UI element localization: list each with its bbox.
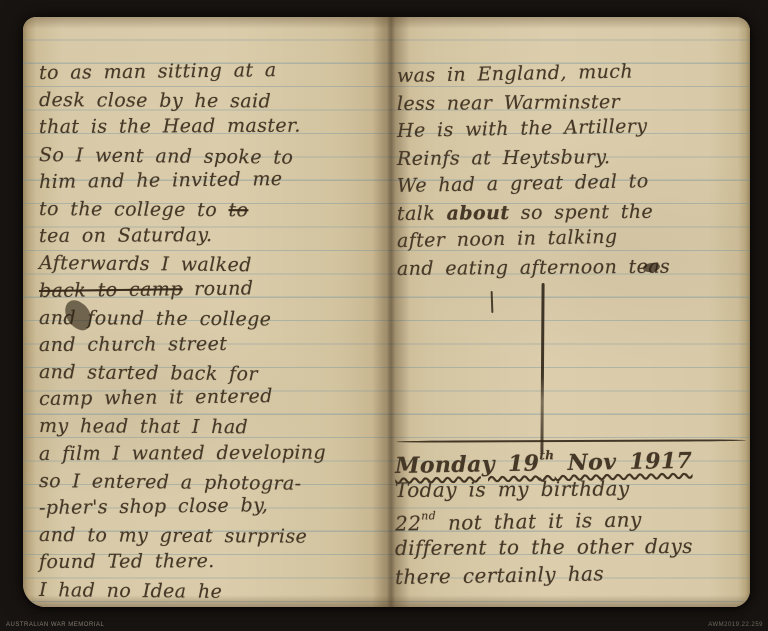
right-page-handwriting: was in England, muchless near Warminster… [397, 63, 745, 283]
diary-notebook: to as man sitting at adesk close by he s… [23, 17, 750, 607]
handwriting-line: camp when it entered [39, 382, 384, 413]
handwriting-line: and eating afternoon teas [397, 252, 745, 283]
handwriting-line: found Ted there. [39, 548, 384, 577]
handwriting-line: a film I wanted developing [39, 439, 384, 468]
handwriting-line: that is the Head master. [39, 113, 384, 142]
handwriting-line: 22nd not that it is any [395, 499, 747, 534]
handwriting-line: and church street [39, 330, 384, 359]
handwriting-line: We had a great deal to [397, 166, 745, 200]
scan-background: to as man sitting at adesk close by he s… [0, 0, 768, 631]
diary-entry-handwriting: Monday 19th Nov 1917Today is my birthday… [395, 447, 747, 592]
archive-label: AUSTRALIAN WAR MEMORIAL [6, 622, 104, 628]
handwriting-line: I had no Idea he [39, 577, 384, 607]
handwriting-line: tea on Saturday. [39, 221, 384, 250]
handwriting-line: back to camp round [39, 273, 384, 304]
handwriting-line: He is with the Artillery [397, 111, 745, 145]
handwriting-line: Monday 19th Nov 1917 [395, 441, 747, 476]
handwriting-line: was in England, much [397, 56, 745, 90]
handwriting-line: after noon in talking [397, 221, 745, 255]
handwriting-line: my head that I had [39, 413, 384, 442]
reference-label: AWM2019.22.259 [708, 622, 763, 628]
handwriting-line: -pher's shop close by, [39, 491, 384, 522]
left-page-handwriting: to as man sitting at adesk close by he s… [39, 60, 384, 604]
handwriting-line: there certainly has [395, 557, 747, 592]
handwriting-line: him and he invited me [39, 165, 384, 196]
page-edge-shading-top [23, 17, 750, 29]
handwriting-line: to as man sitting at a [39, 56, 384, 87]
